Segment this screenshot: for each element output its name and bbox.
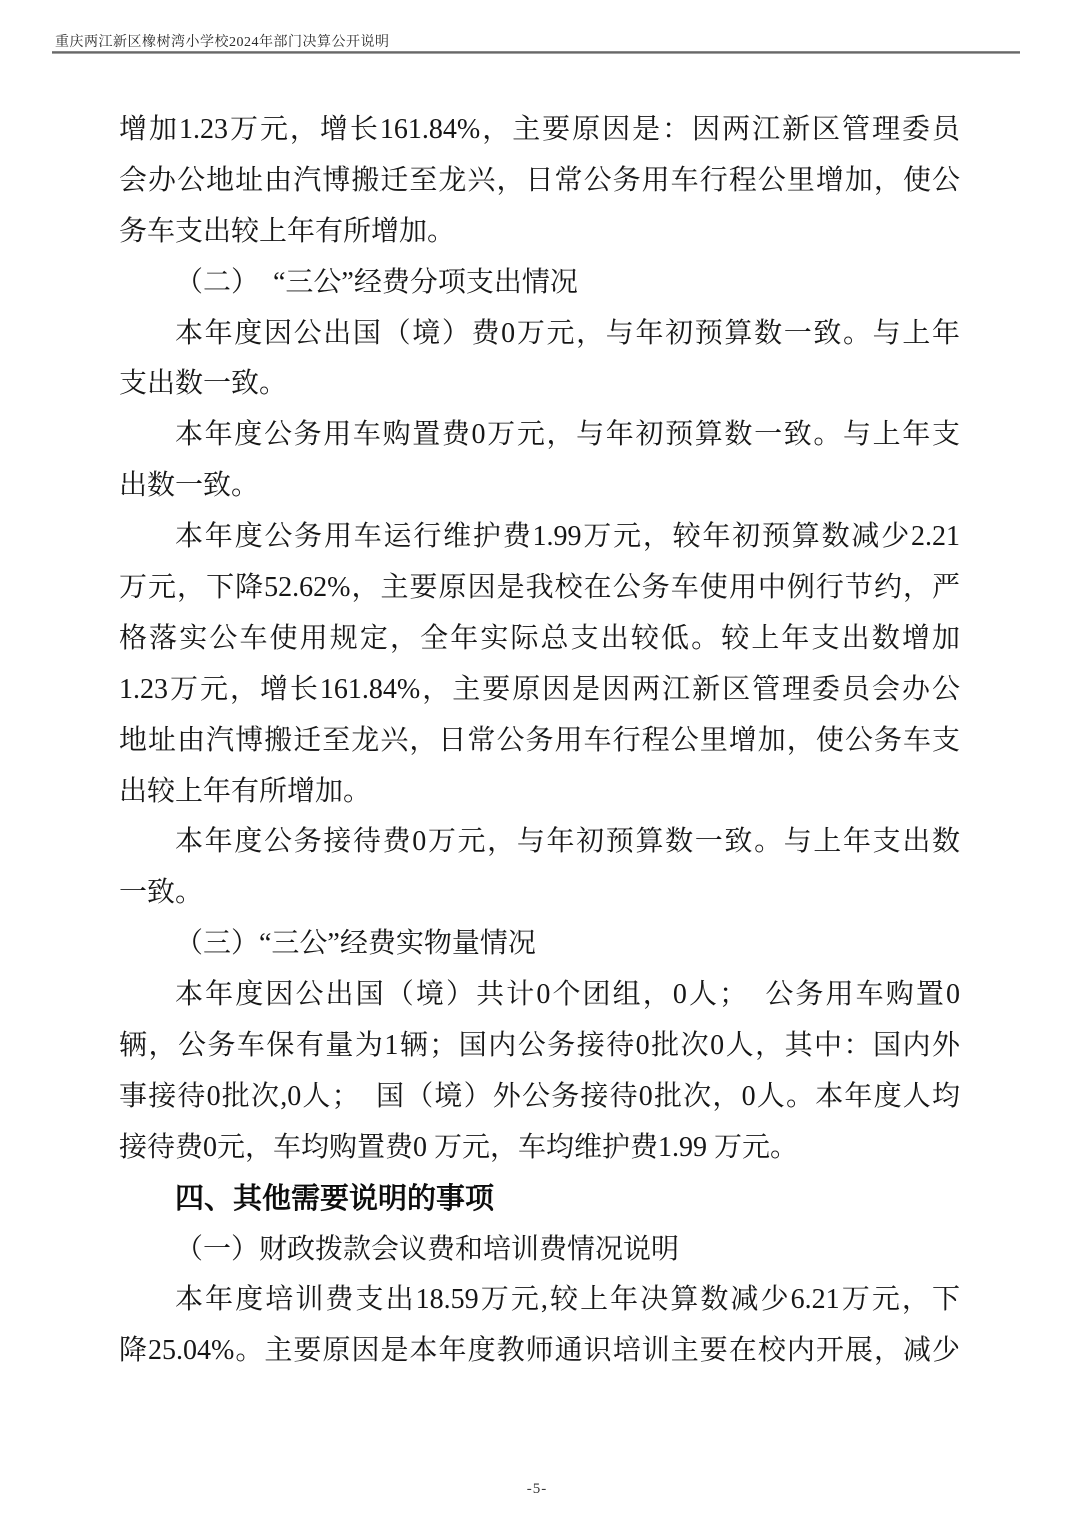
text-line: 地址由汽博搬迁至龙兴，日常公务用车行程公里增加，使公务车支 (119, 716, 960, 767)
document-body: 增加1.23万元，增长161.84%，主要原因是：因两江新区管理委员 会办公地址… (119, 105, 960, 1377)
text-line: 出较上年有所增加。 (119, 767, 960, 818)
subsection-heading-2: （二） “三公”经费分项支出情况 (119, 258, 960, 309)
text-line: 辆，公务车保有量为1辆；国内公务接待0批次0人，其中：国内外 (119, 1021, 960, 1072)
header-rule (52, 51, 1020, 54)
text-line: 万元，下降52.62%，主要原因是我校在公务车使用中例行节约，严 (119, 563, 960, 614)
text-line: 事接待0批次,0人； 国（境）外公务接待0批次，0人。本年度人均 (119, 1072, 960, 1123)
text-line: 降25.04%。主要原因是本年度教师通识培训主要在校内开展，减少 (119, 1326, 960, 1377)
text-line: 接待费0元，车均购置费0 万元，车均维护费1.99 万元。 (119, 1123, 960, 1174)
text-line: 务车支出较上年有所增加。 (119, 207, 960, 258)
text-line: 增加1.23万元，增长161.84%，主要原因是：因两江新区管理委员 (119, 105, 960, 156)
text-line: 本年度培训费支出18.59万元,较上年决算数减少6.21万元，下 (119, 1275, 960, 1326)
text-line: 1.23万元，增长161.84%，主要原因是因两江新区管理委员会办公 (119, 665, 960, 716)
text-line: 会办公地址由汽博搬迁至龙兴，日常公务用车行程公里增加，使公 (119, 156, 960, 207)
text-line: 格落实公车使用规定，全年实际总支出较低。较上年支出数增加 (119, 614, 960, 665)
text-line: 支出数一致。 (119, 359, 960, 410)
page-number: -5- (527, 1481, 548, 1497)
subsection-heading-3: （三）“三公”经费实物量情况 (119, 919, 960, 970)
subsection-heading-1: （一）财政拨款会议费和培训费情况说明 (119, 1225, 960, 1276)
text-line: 出数一致。 (119, 461, 960, 512)
text-line: 本年度公务接待费0万元，与年初预算数一致。与上年支出数 (119, 817, 960, 868)
text-line: 本年度公务用车运行维护费1.99万元，较年初预算数减少2.21 (119, 512, 960, 563)
text-line: 一致。 (119, 868, 960, 919)
section-heading-4: 四、其他需要说明的事项 (119, 1174, 960, 1225)
document-page: 重庆两江新区橡树湾小学校2024年部门决算公开说明 增加1.23万元，增长161… (0, 0, 1074, 1520)
text-line: 本年度因公出国（境）费0万元，与年初预算数一致。与上年 (119, 309, 960, 360)
text-line: 本年度公务用车购置费0万元，与年初预算数一致。与上年支 (119, 410, 960, 461)
text-line: 本年度因公出国（境）共计0个团组，0人； 公务用车购置0 (119, 970, 960, 1021)
page-footer: -5- (0, 1481, 1074, 1498)
header-title: 重庆两江新区橡树湾小学校2024年部门决算公开说明 (55, 31, 390, 51)
